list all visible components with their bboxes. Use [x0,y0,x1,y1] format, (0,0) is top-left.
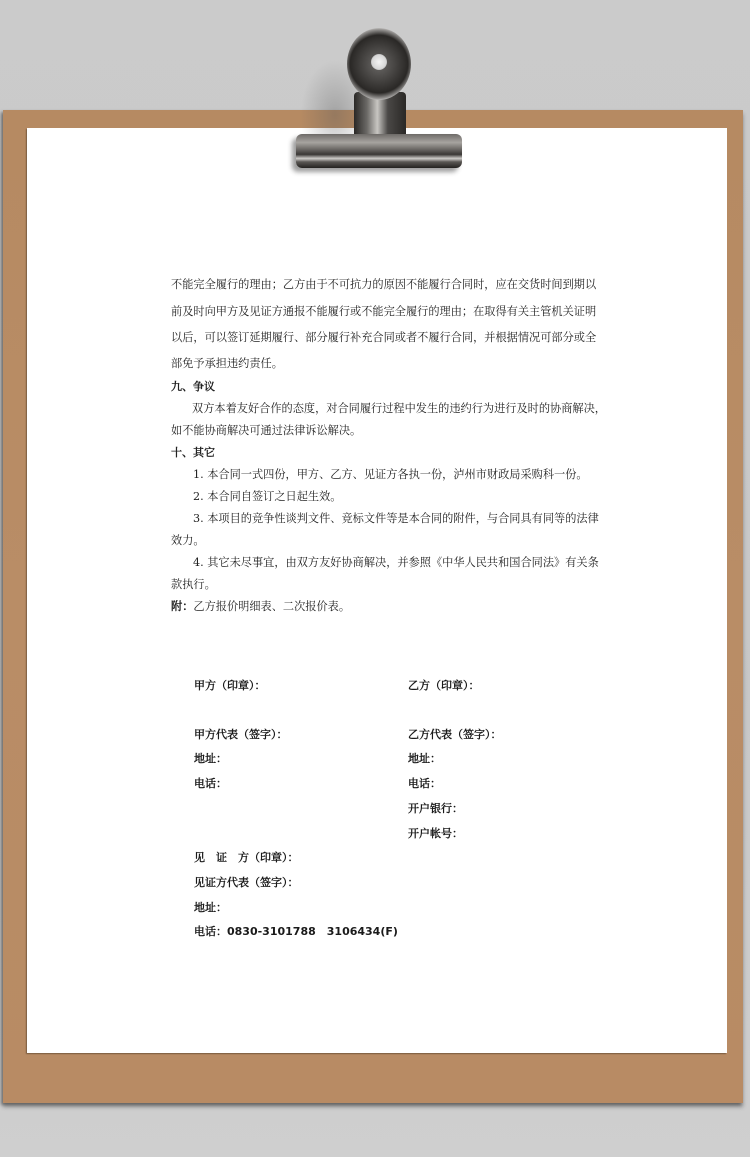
clause-4: 4. 其它未尽事宜，由双方友好协商解决，并参照《中华人民共和国合同法》有关条 [171,552,583,574]
text-line: 不能完全履行的理由；乙方由于不可抗力的原因不能履行合同时，应在交货时间到期以 [171,272,583,299]
party-b-phone: 电话： [408,775,441,791]
party-b-representative: 乙方代表（签字）： [408,726,502,742]
clause-4-cont: 款执行。 [171,574,583,596]
witness-representative: 见证方代表（签字）： [194,874,299,890]
party-b-account: 开户帐号： [408,825,463,841]
section-heading-dispute: 九、争议 [171,376,583,398]
party-a-seal: 甲方（印章）： [194,677,266,693]
party-a-phone: 电话： [194,775,227,791]
witness-address: 地址： [194,899,227,915]
clause-3-cont: 效力。 [171,530,583,552]
clause-3: 3. 本项目的竞争性谈判文件、竞标文件等是本合同的附件，与合同具有同等的法律 [171,508,583,530]
clause-1: 1. 本合同一式四份，甲方、乙方、见证方各执一份，泸州市财政局采购科一份。 [171,464,583,486]
binder-clip-hole [371,54,387,70]
binder-clip-bar [296,134,462,168]
witness-phone: 电话：0830-3101788 3106434(F) [194,923,398,939]
contract-body: 不能完全履行的理由；乙方由于不可抗力的原因不能履行合同时，应在交货时间到期以 前… [171,272,583,618]
clause-2: 2. 本合同自签订之日起生效。 [171,486,583,508]
appendix-line: 附：乙方报价明细表、二次报价表。 [171,596,583,618]
party-b-bank: 开户银行： [408,800,463,816]
text-line: 前及时向甲方及见证方通报不能履行或不能完全履行的理由；在取得有关主管机关证明 [171,299,583,326]
witness-seal: 见 证 方（印章）： [194,849,299,865]
text-line: 如不能协商解决可通过法律诉讼解决。 [171,420,583,442]
text-line: 以后，可以签订延期履行、部分履行补充合同或者不履行合同，并根据情况可部分或全 [171,325,583,352]
text-line: 双方本着友好合作的态度，对合同履行过程中发生的违约行为进行及时的协商解决， [170,398,583,420]
party-b-address: 地址： [408,750,441,766]
party-a-representative: 甲方代表（签字）： [194,726,288,742]
appendix-label: 附： [171,600,193,613]
party-b-seal: 乙方（印章）： [408,677,480,693]
appendix-text: 乙方报价明细表、二次报价表。 [193,600,350,613]
party-a-address: 地址： [194,750,227,766]
text-line: 部免予承担违约责任。 [171,352,583,376]
section-heading-other: 十、其它 [171,442,583,464]
